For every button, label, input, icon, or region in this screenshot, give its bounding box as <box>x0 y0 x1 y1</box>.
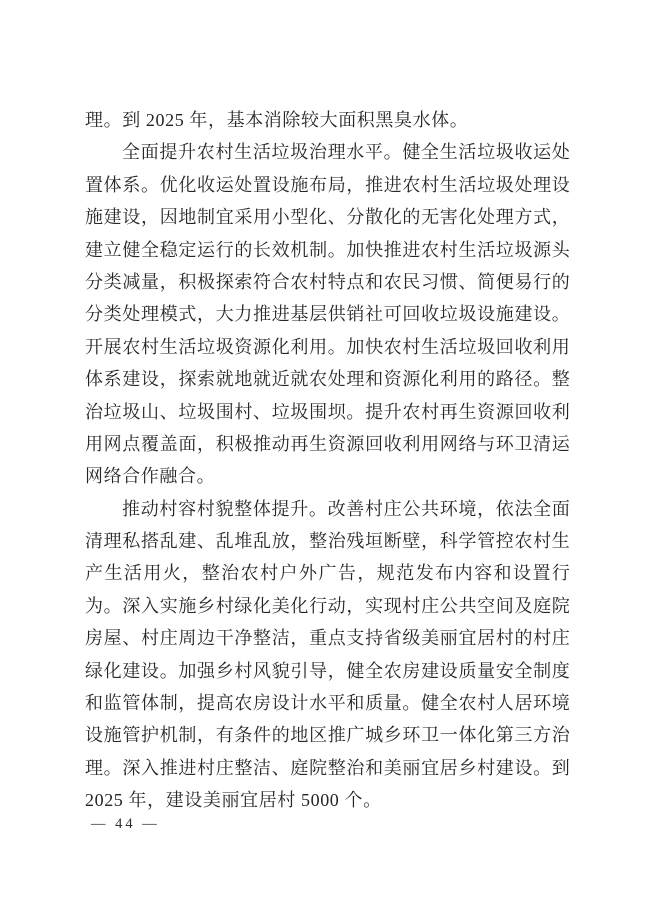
document-page: 理。到 2025 年，基本消除较大面积黑臭水体。全面提升农村生活垃圾治理水平。健… <box>0 0 650 919</box>
text-line: 2025 年，建设美丽宜居村 5000 个。 <box>85 784 570 816</box>
text-line: 用网点覆盖面，积极推动再生资源回收利用网络与环卫清运 <box>85 428 570 460</box>
text-line: 房屋、村庄周边干净整洁，重点支持省级美丽宜居村的村庄 <box>85 622 570 654</box>
text-line: 理。深入推进村庄整洁、庭院整治和美丽宜居乡村建设。到 <box>85 752 570 784</box>
text-line: 建立健全稳定运行的长效机制。加快推进农村生活垃圾源头 <box>85 234 570 266</box>
text-line: 网络合作融合。 <box>85 460 570 492</box>
text-line: 清理私搭乱建、乱堆乱放，整治残垣断壁，科学管控农村生 <box>85 525 570 557</box>
text-line: 全面提升农村生活垃圾治理水平。健全生活垃圾收运处 <box>85 136 570 168</box>
text-line: 开展农村生活垃圾资源化利用。加快农村生活垃圾回收利用 <box>85 331 570 363</box>
text-line: 体系建设，探索就地就近就农处理和资源化利用的路径。整 <box>85 363 570 395</box>
text-line: 分类减量，积极探索符合农村特点和农民习惯、简便易行的 <box>85 266 570 298</box>
text-line: 施建设，因地制宜采用小型化、分散化的无害化处理方式， <box>85 201 570 233</box>
text-line: 绿化建设。加强乡村风貌引导，健全农房建设质量安全制度 <box>85 655 570 687</box>
page-number: — 44 — <box>91 816 160 832</box>
page-footer: — 44 — <box>91 814 160 834</box>
document-text: 理。到 2025 年，基本消除较大面积黑臭水体。全面提升农村生活垃圾治理水平。健… <box>85 104 570 817</box>
text-line: 为。深入实施乡村绿化美化行动，实现村庄公共空间及庭院 <box>85 590 570 622</box>
text-line: 分类处理模式，大力推进基层供销社可回收垃圾设施建设。 <box>85 298 570 330</box>
text-line: 和监管体制，提高农房设计水平和质量。健全农村人居环境 <box>85 687 570 719</box>
text-line: 产生活用火，整治农村户外广告，规范发布内容和设置行 <box>85 557 570 589</box>
text-line: 设施管护机制，有条件的地区推广城乡环卫一体化第三方治 <box>85 719 570 751</box>
text-line: 治垃圾山、垃圾围村、垃圾围坝。提升农村再生资源回收利 <box>85 396 570 428</box>
text-line: 理。到 2025 年，基本消除较大面积黑臭水体。 <box>85 104 570 136</box>
text-line: 置体系。优化收运处置设施布局，推进农村生活垃圾处理设 <box>85 169 570 201</box>
text-line: 推动村容村貌整体提升。改善村庄公共环境，依法全面 <box>85 493 570 525</box>
